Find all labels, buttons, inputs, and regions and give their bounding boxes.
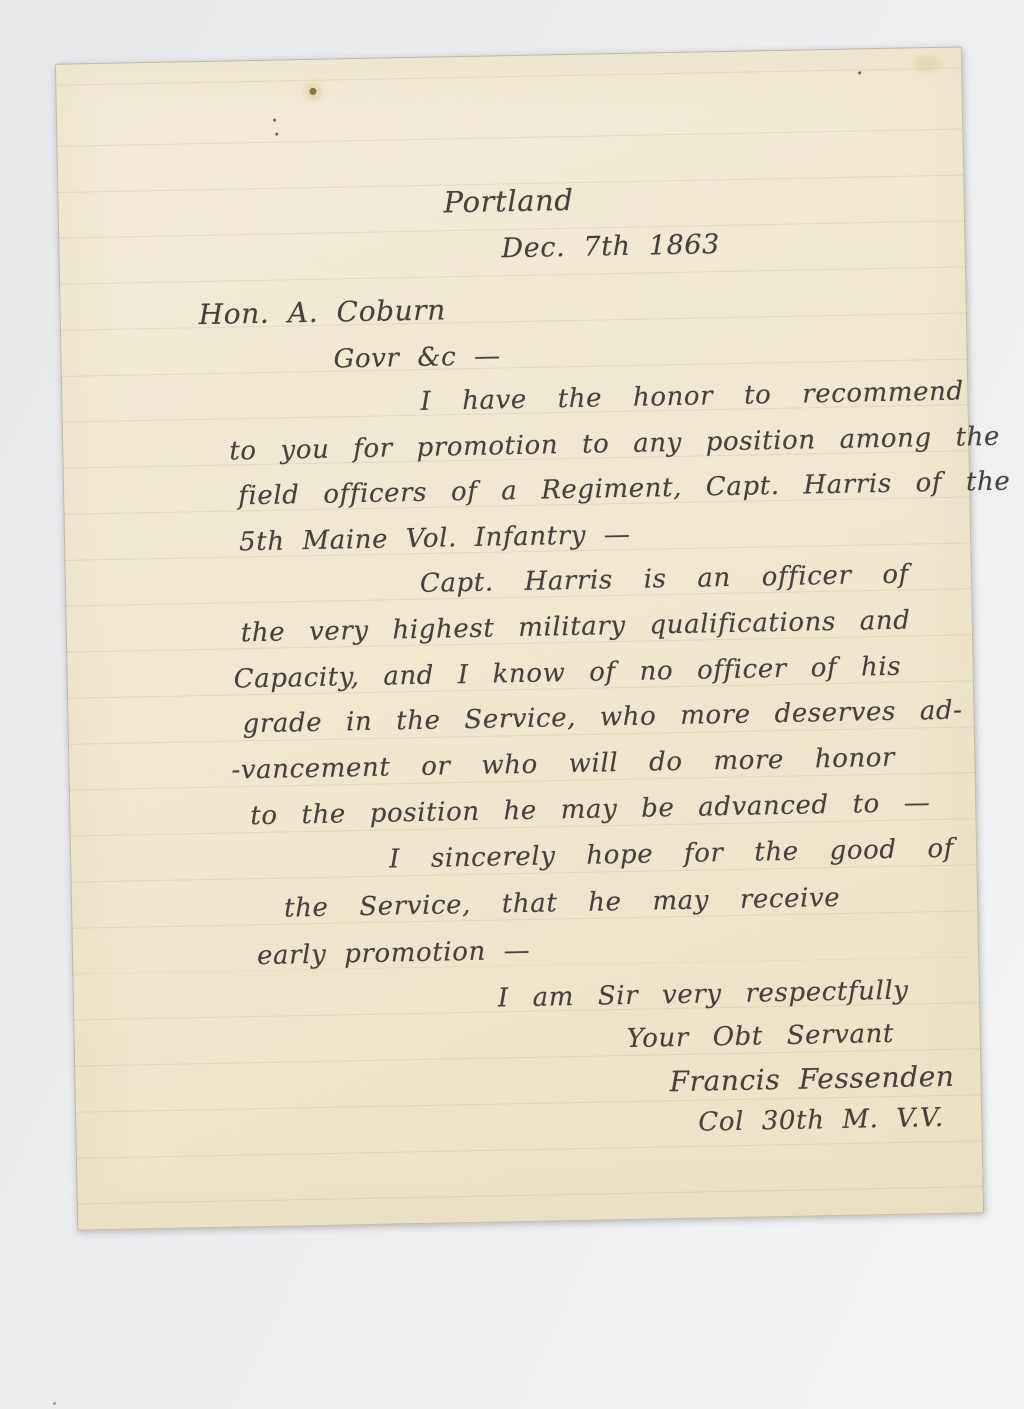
- body-line: the very highest military qualifications…: [241, 606, 911, 647]
- paper-speck: [275, 133, 278, 136]
- body-line: grade in the Service, who more deserves …: [242, 697, 962, 739]
- body-line: the Service, that he may receive: [284, 884, 841, 923]
- signature-title: Col 30th M. V.V.: [698, 1104, 944, 1137]
- scanned-letter-page: { "colors": { "background": "#ebedef", "…: [0, 0, 1024, 1409]
- paper-speck: [858, 71, 861, 74]
- body-line: 5th Maine Vol. Infantry —: [239, 521, 631, 557]
- heading-place: Portland: [443, 185, 574, 219]
- heading-date: Dec. 7th 1863: [501, 230, 720, 264]
- letter-paper: Portland Dec. 7th 1863 Hon. A. Coburn Go…: [55, 46, 984, 1230]
- recipient-line: Hon. A. Coburn: [198, 295, 446, 331]
- paper-smudge: [914, 56, 940, 72]
- body-line: I sincerely hope for the good of: [389, 835, 954, 874]
- paper-stain: [309, 88, 316, 95]
- body-line: field officers of a Regiment, Capt. Harr…: [238, 468, 1011, 511]
- body-line: -vancement or who will do more honor: [231, 744, 895, 785]
- paper-speck: [273, 119, 276, 122]
- body-line: I have the honor to recommend: [420, 377, 964, 416]
- body-line: Capacity, and I know of no officer of hi…: [233, 653, 901, 694]
- closing-line: I am Sir very respectfully: [498, 977, 909, 1013]
- body-line: to you for promotion to any position amo…: [229, 423, 1000, 466]
- body-line: Capt. Harris is an officer of: [420, 561, 909, 599]
- background-speck: [53, 1402, 56, 1405]
- signature-name: Francis Fessenden: [669, 1062, 955, 1098]
- valediction-line: Your Obt Servant: [626, 1020, 894, 1054]
- body-line: early promotion —: [257, 937, 531, 971]
- body-line: to the position he may be advanced to —: [250, 789, 931, 831]
- salutation-line: Govr &c —: [333, 342, 501, 374]
